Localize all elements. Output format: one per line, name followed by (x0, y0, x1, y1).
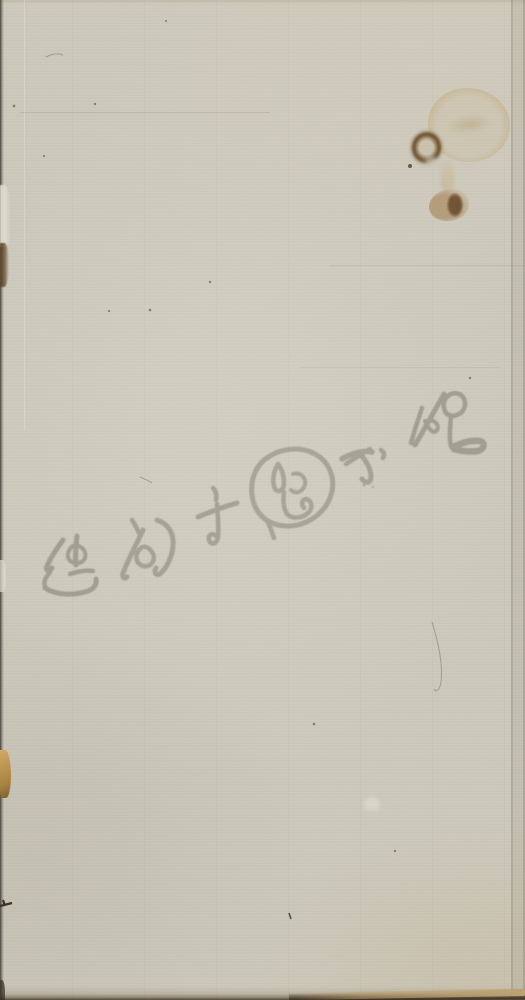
spine-paper-fragment (0, 750, 11, 798)
water-stain-core (446, 113, 493, 135)
char-shi (198, 488, 237, 544)
horizontal-crease (300, 367, 500, 368)
horizontal-crease (20, 112, 270, 113)
handwritten-inscription (44, 393, 483, 594)
paper-specks (13, 20, 472, 852)
char-tu (252, 449, 333, 538)
light-paper-spot (364, 797, 380, 811)
spine-stain-dark (0, 243, 9, 287)
drip-stain-dark-part (447, 193, 463, 217)
right-fold-line (511, 0, 513, 1000)
spine-shadow-edge (0, 0, 4, 1000)
horizontal-crease (330, 265, 525, 266)
page-top-edge (0, 0, 525, 4)
ring-stain-gap (424, 156, 439, 168)
paper-fibers (46, 54, 441, 691)
small-dark-tick (289, 913, 291, 919)
small-stain-dot (408, 164, 412, 168)
char-shu (342, 449, 384, 488)
spine-tear-light (0, 185, 11, 247)
char-wen (44, 536, 96, 594)
drip-stain (429, 189, 469, 221)
spine-tear-small (0, 560, 6, 592)
char-guan (411, 393, 484, 451)
bottom-left-corner-mark (0, 980, 5, 1000)
vertical-fold-line (24, 0, 25, 430)
char-zhou (123, 520, 173, 578)
scanned-page: 温州市圖书馆 (0, 0, 525, 1000)
